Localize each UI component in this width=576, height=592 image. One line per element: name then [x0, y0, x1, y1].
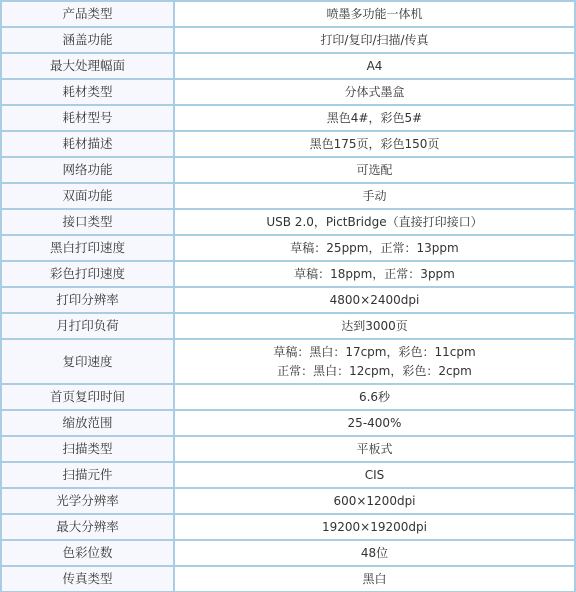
spec-label: 产品类型: [1, 1, 174, 27]
spec-label: 最大处理幅面: [1, 53, 174, 79]
spec-label: 传真类型: [1, 566, 174, 592]
spec-label: 耗材类型: [1, 79, 174, 105]
spec-value: A4: [174, 53, 575, 79]
spec-label: 网络功能: [1, 157, 174, 183]
table-row: 扫描类型 平板式: [1, 436, 575, 462]
spec-value: 黑白: [174, 566, 575, 592]
spec-table: 产品类型 喷墨多功能一体机 涵盖功能 打印/复印/扫描/传真 最大处理幅面 A4…: [0, 0, 576, 592]
spec-value: 可选配: [174, 157, 575, 183]
table-row: 首页复印时间 6.6秒: [1, 384, 575, 410]
spec-value: 达到3000页: [174, 313, 575, 339]
spec-label: 最大分辨率: [1, 514, 174, 540]
spec-value: 草稿：黑白：17cpm，彩色：11cpm 正常：黑白：12cpm，彩色：2cpm: [174, 339, 575, 384]
spec-value: 草稿：25ppm，正常：13ppm: [174, 235, 575, 261]
spec-value: 草稿：18ppm，正常：3ppm: [174, 261, 575, 287]
table-row: 接口类型 USB 2.0，PictBridge（直接打印接口）: [1, 209, 575, 235]
spec-label: 彩色打印速度: [1, 261, 174, 287]
spec-label: 缩放范围: [1, 410, 174, 436]
table-row: 涵盖功能 打印/复印/扫描/传真: [1, 27, 575, 53]
spec-value: 黑色175页，彩色150页: [174, 131, 575, 157]
table-row: 色彩位数 48位: [1, 540, 575, 566]
table-row: 最大处理幅面 A4: [1, 53, 575, 79]
spec-value: 手动: [174, 183, 575, 209]
table-row: 产品类型 喷墨多功能一体机: [1, 1, 575, 27]
spec-label: 涵盖功能: [1, 27, 174, 53]
spec-value: 48位: [174, 540, 575, 566]
table-row: 光学分辨率 600×1200dpi: [1, 488, 575, 514]
spec-label: 耗材描述: [1, 131, 174, 157]
table-row: 最大分辨率 19200×19200dpi: [1, 514, 575, 540]
spec-value: 喷墨多功能一体机: [174, 1, 575, 27]
spec-value: 分体式墨盒: [174, 79, 575, 105]
spec-label: 黑白打印速度: [1, 235, 174, 261]
table-row: 彩色打印速度 草稿：18ppm，正常：3ppm: [1, 261, 575, 287]
table-row: 黑白打印速度 草稿：25ppm，正常：13ppm: [1, 235, 575, 261]
spec-label: 耗材型号: [1, 105, 174, 131]
spec-label: 扫描类型: [1, 436, 174, 462]
spec-value: 6.6秒: [174, 384, 575, 410]
spec-value: 黑色4#，彩色5#: [174, 105, 575, 131]
spec-value: 打印/复印/扫描/传真: [174, 27, 575, 53]
table-row: 双面功能 手动: [1, 183, 575, 209]
table-row: 月打印负荷 达到3000页: [1, 313, 575, 339]
table-row: 耗材描述 黑色175页，彩色150页: [1, 131, 575, 157]
spec-value: 25-400%: [174, 410, 575, 436]
spec-label: 首页复印时间: [1, 384, 174, 410]
spec-value: USB 2.0，PictBridge（直接打印接口）: [174, 209, 575, 235]
table-row: 扫描元件 CIS: [1, 462, 575, 488]
spec-label: 打印分辨率: [1, 287, 174, 313]
table-row: 缩放范围 25-400%: [1, 410, 575, 436]
spec-label: 复印速度: [1, 339, 174, 384]
spec-value-line: 正常：黑白：12cpm，彩色：2cpm: [175, 362, 574, 381]
spec-label: 接口类型: [1, 209, 174, 235]
table-row: 耗材型号 黑色4#，彩色5#: [1, 105, 575, 131]
table-row: 耗材类型 分体式墨盒: [1, 79, 575, 105]
spec-label: 光学分辨率: [1, 488, 174, 514]
table-row: 打印分辨率 4800×2400dpi: [1, 287, 575, 313]
spec-value: CIS: [174, 462, 575, 488]
spec-value-line: 草稿：黑白：17cpm，彩色：11cpm: [175, 343, 574, 362]
spec-value: 4800×2400dpi: [174, 287, 575, 313]
spec-value: 平板式: [174, 436, 575, 462]
table-row: 复印速度 草稿：黑白：17cpm，彩色：11cpm 正常：黑白：12cpm，彩色…: [1, 339, 575, 384]
spec-label: 色彩位数: [1, 540, 174, 566]
spec-label: 月打印负荷: [1, 313, 174, 339]
spec-label: 双面功能: [1, 183, 174, 209]
spec-label: 扫描元件: [1, 462, 174, 488]
spec-value: 19200×19200dpi: [174, 514, 575, 540]
table-row: 传真类型 黑白: [1, 566, 575, 592]
table-row: 网络功能 可选配: [1, 157, 575, 183]
spec-value: 600×1200dpi: [174, 488, 575, 514]
